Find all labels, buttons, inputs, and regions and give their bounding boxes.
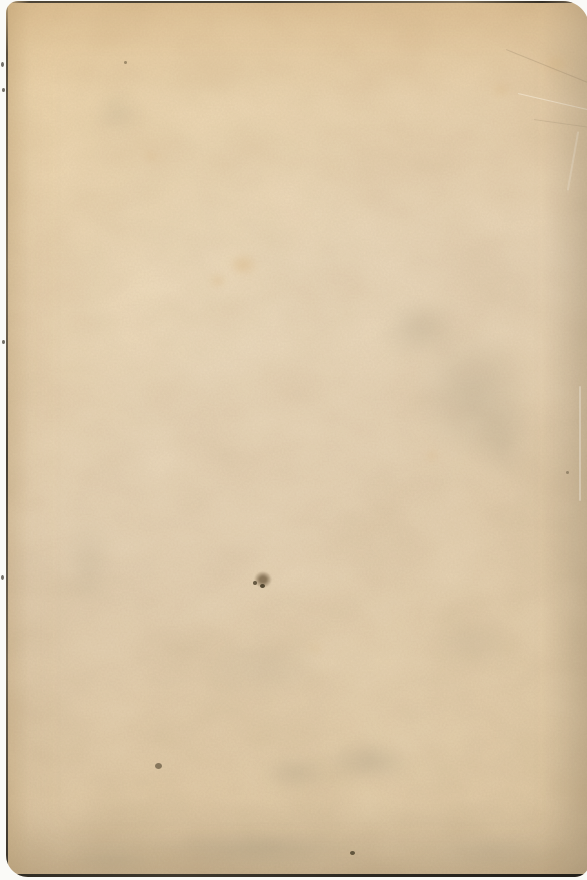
card-edge-top [6, 1, 587, 3]
stain-yellow [490, 81, 512, 99]
paper-texture [6, 1, 587, 877]
stain-speck [155, 763, 162, 769]
stains-layer [6, 1, 587, 877]
backdrop-speck [2, 340, 5, 344]
stain-speck [253, 581, 257, 585]
stain-yellow [228, 253, 258, 277]
stain-smudge [96, 93, 140, 135]
card-edge-bottom [6, 874, 587, 877]
backdrop-speck [1, 575, 4, 580]
stain-smudge [66, 849, 156, 871]
stain-smudge [154, 833, 359, 865]
scan-backdrop [0, 0, 587, 880]
stain-speck [260, 584, 265, 588]
vignette-shading [6, 1, 587, 877]
stain-yellow [424, 449, 440, 462]
crease-line [534, 119, 587, 128]
backdrop-speck [2, 88, 5, 92]
stain-speck [566, 471, 569, 474]
stain-smudge [378, 297, 463, 361]
crease-line [506, 49, 587, 86]
stain-brown [254, 571, 272, 588]
scratch-line [579, 386, 581, 501]
stain-smudge [202, 637, 327, 699]
card-edge-left [6, 1, 8, 877]
stain-smudge [414, 331, 534, 461]
stain-yellow [542, 53, 570, 75]
stain-yellow [142, 149, 160, 163]
card-back [6, 1, 587, 877]
stain-speck [124, 61, 127, 64]
stain-yellow [208, 273, 228, 289]
stain-smudge [322, 743, 417, 781]
stain-speck [350, 851, 355, 855]
backdrop-speck [1, 62, 4, 67]
stain-smudge [260, 757, 332, 789]
stain-smudge [432, 617, 514, 669]
stain-smudge [472, 397, 534, 481]
stain-smudge [422, 839, 567, 867]
stain-yellow [306, 641, 324, 655]
stain-smudge [62, 517, 114, 609]
crease-line [518, 93, 587, 110]
scratch-line [567, 131, 579, 190]
